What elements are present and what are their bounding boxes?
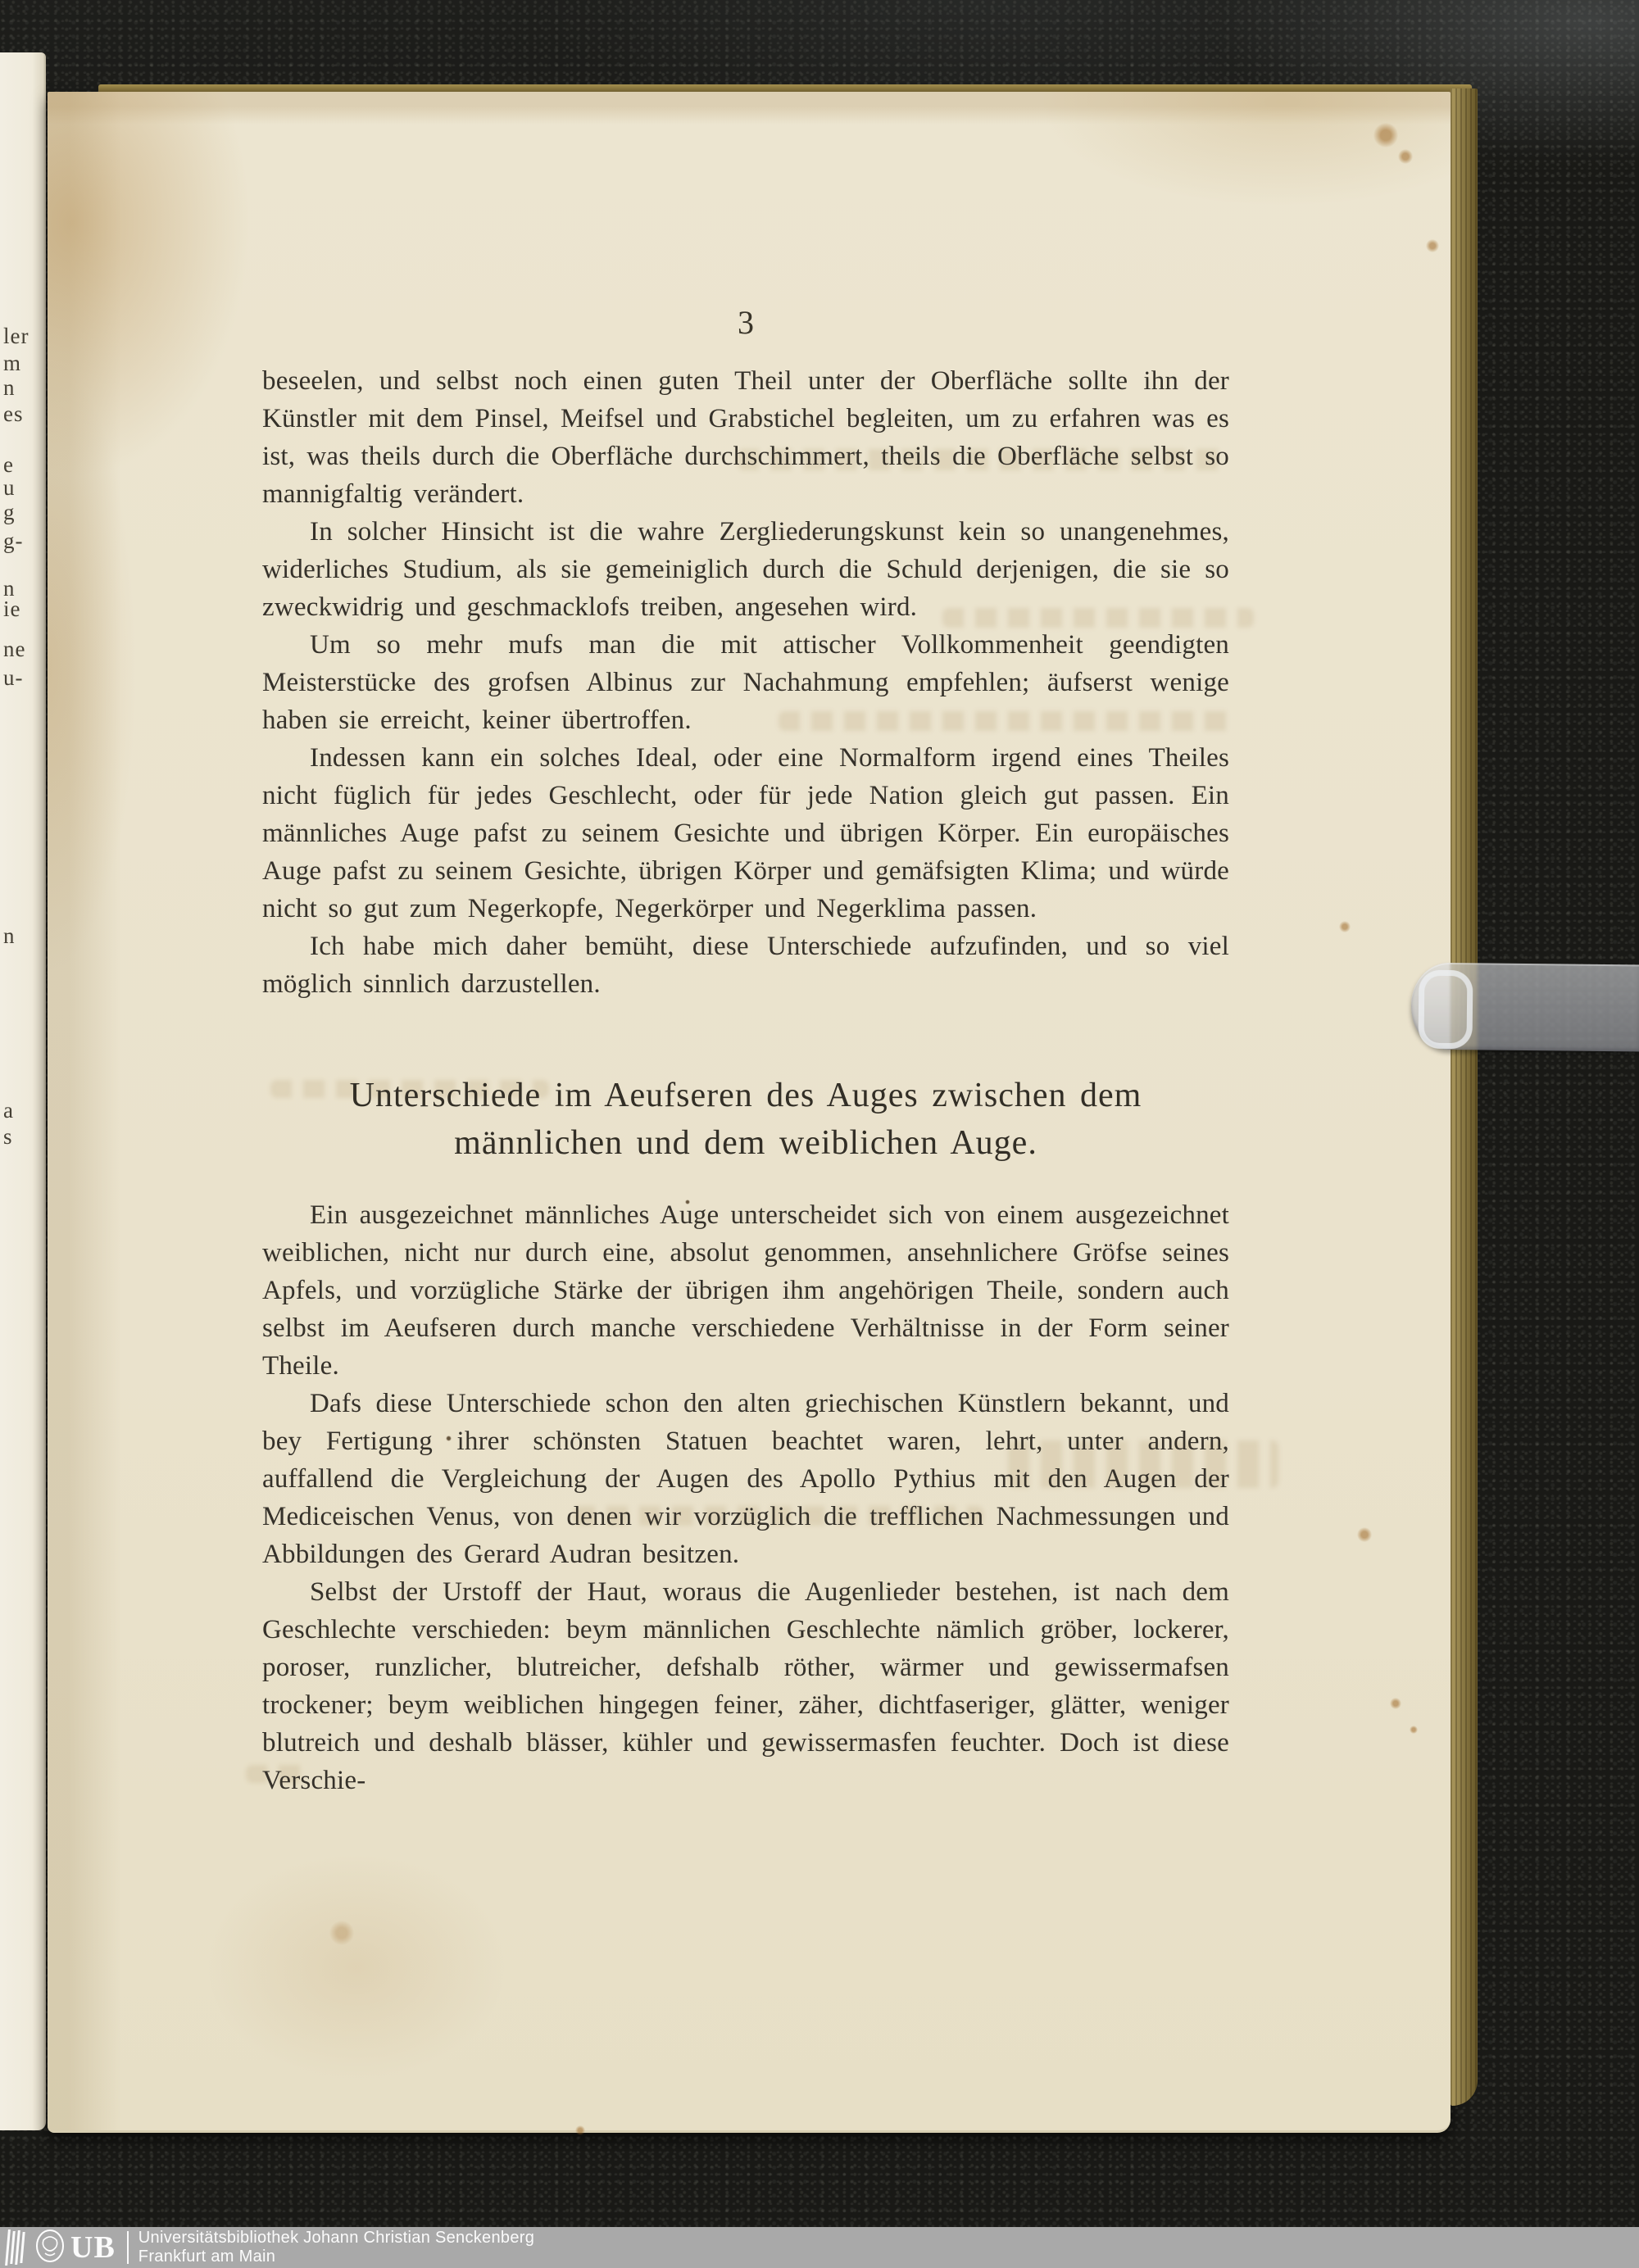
margin-fragment: m [3,351,21,376]
paragraph: In solcher Hinsicht ist die wahre Zergli… [262,513,1229,626]
paragraph: Indessen kann ein solches Ideal, oder ei… [262,739,1229,928]
margin-fragment: u [3,475,16,501]
ub-logo: UB [7,2229,138,2266]
paragraph: Ein ausgezeichnet männliches Auge unters… [262,1196,1229,1385]
margin-fragment: s [3,1124,13,1150]
foxing-spot [1398,149,1413,164]
paragraph: Selbst der Urstoff der Haut, woraus die … [262,1573,1229,1799]
foxing-spot [1390,1698,1401,1709]
paragraph: Ich habe mich daher bemüht, diese Unters… [262,928,1229,1003]
library-name: Universitätsbibliothek Johann Christian … [138,2229,534,2248]
margin-fragment: e [3,452,14,478]
library-watermark-bar: UB Universitätsbibliothek Johann Christi… [0,2227,1639,2268]
clip-hook [1418,970,1473,1050]
foxing-spot [1410,1726,1418,1734]
foxing-spot [575,2125,585,2135]
book-scan: ler m n es e u g g- n ie ne u- n a s [0,0,1639,2268]
section-heading: Unterschiede im Aeufseren des Auges zwis… [262,1072,1229,1167]
paragraph: Dafs diese Unterschiede schon den alten … [262,1385,1229,1573]
paragraph: beseelen, und selbst noch einen guten Th… [262,362,1229,513]
foxing-spot [1426,239,1439,252]
page-stack-edge [1451,88,1478,2106]
plastic-clip [1410,963,1639,1052]
book-spines-icon [5,2229,28,2266]
logo-divider [127,2231,129,2264]
margin-fragment: g [3,500,16,525]
margin-fragment: ne [3,637,25,662]
text-column: beseelen, und selbst noch einen guten Th… [262,362,1229,1799]
library-name-block: Universitätsbibliothek Johann Christian … [138,2229,534,2266]
paragraph: Um so mehr mufs man die mit attischer Vo… [262,626,1229,739]
margin-fragment: u- [3,665,24,691]
page-number: 3 [262,303,1229,342]
foxing-spot [1373,123,1398,147]
portrait-icon [34,2229,66,2267]
library-city: Frankfurt am Main [138,2248,534,2266]
margin-fragment: n [3,375,16,401]
foxing-spot [1357,1527,1372,1542]
book-page: 3 beseelen, und selbst noch einen guten … [48,92,1451,2133]
heading-line: Unterschiede im Aeufseren des Auges zwis… [350,1077,1142,1114]
foxing-spot [329,1921,354,1945]
foxing-spot [1339,921,1351,932]
facing-page-edge: ler m n es e u g g- n ie ne u- n a s [0,52,46,2130]
margin-fragment: ie [3,596,21,622]
margin-fragment: a [3,1098,14,1123]
margin-fragment: ler [3,324,29,349]
margin-fragment: n [3,923,16,949]
heading-line: männlichen und dem weiblichen Auge. [454,1124,1037,1162]
margin-fragment: g- [3,528,24,554]
ub-logo-text: UB [70,2232,116,2263]
margin-fragment: es [3,401,24,427]
